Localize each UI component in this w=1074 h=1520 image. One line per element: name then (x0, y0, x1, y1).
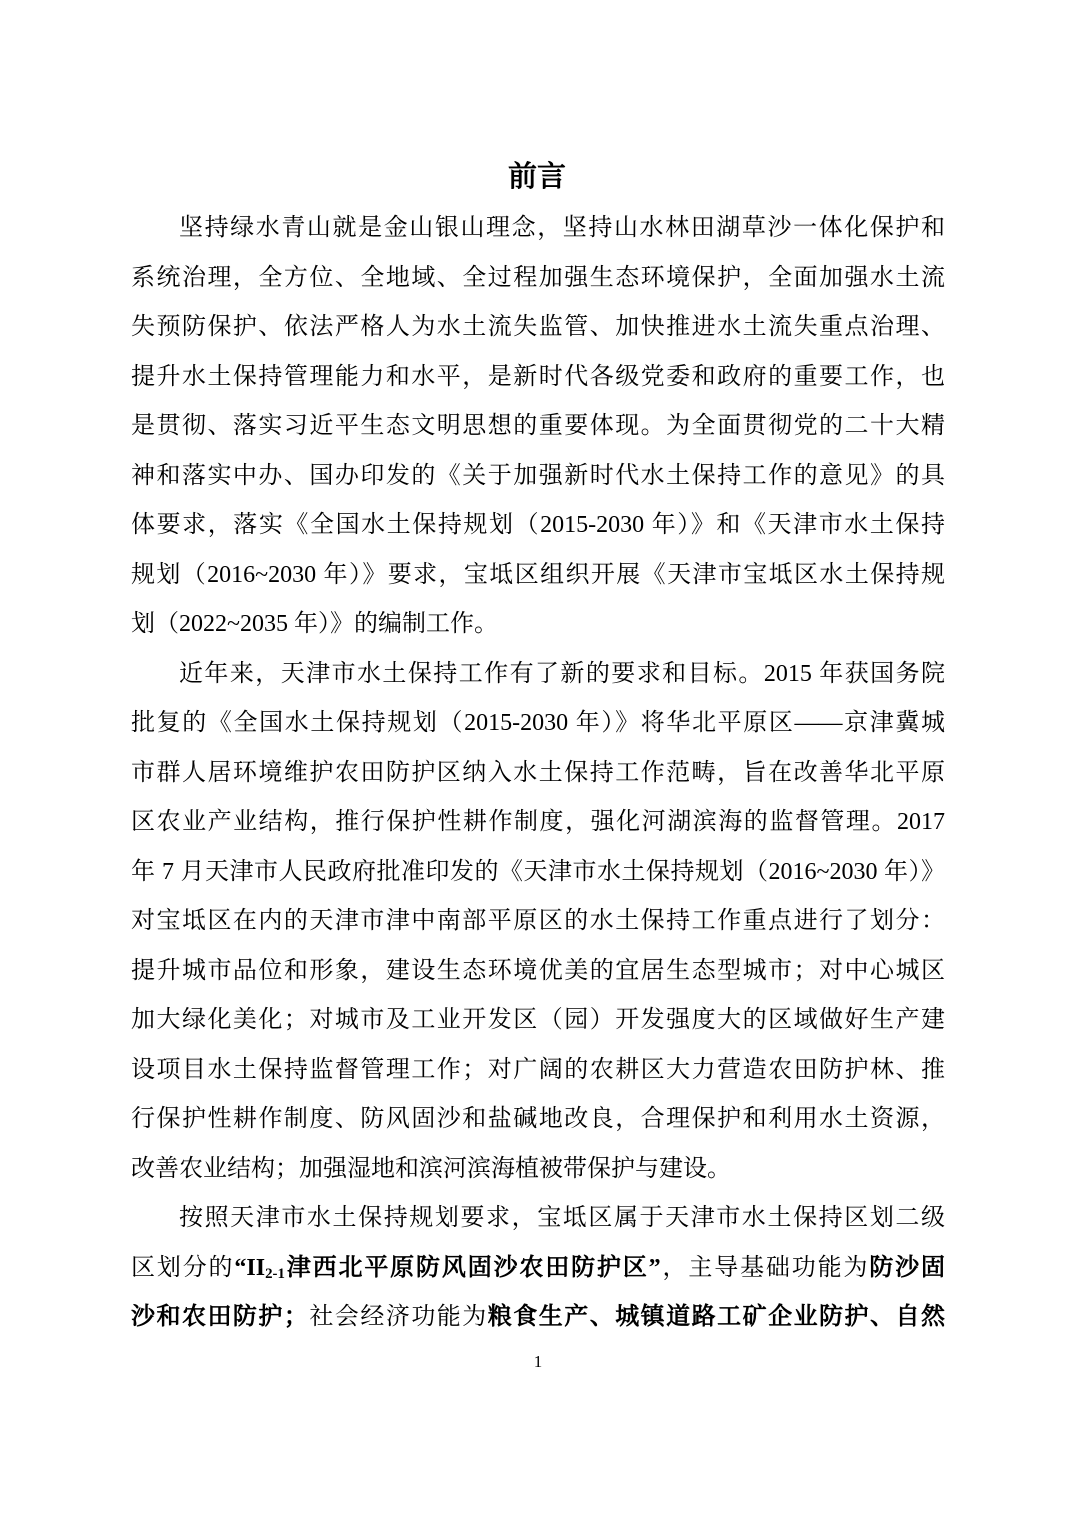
text-line: 按照天津市水土保持规划要求，宝坻区属于天津市水土保持区划二级 (131, 1194, 945, 1244)
text-line: 改善农业结构；加强湿地和滨河滨海植被带保护与建设。 (131, 1145, 945, 1195)
page-number: 1 (131, 1352, 945, 1372)
text-line: 失预防保护、依法严格人为水土流失监管、加快推进水土流失重点治理、 (131, 303, 945, 353)
text-run: 坚持绿水青山就是金山银山理念，坚持山水林田湖草沙一体化保护和 (179, 215, 945, 241)
text-line: 市群人居环境维护农田防护区纳入水土保持工作范畴，旨在改善华北平原 (131, 749, 945, 799)
document-page: 前言 坚持绿水青山就是金山银山理念，坚持山水林田湖草沙一体化保护和系统治理，全方… (0, 0, 1074, 1520)
text-line: 沙和农田防护；社会经济功能为粮食生产、城镇道路工矿企业防护、自然 (131, 1293, 945, 1343)
text-run: 近年来，天津市水土保持工作有了新的要求和目标。2015 年获国务院 (179, 661, 945, 687)
text-line: 系统治理，全方位、全地域、全过程加强生态环境保护，全面加强水土流 (131, 254, 945, 304)
text-line: 坚持绿水青山就是金山银山理念，坚持山水林田湖草沙一体化保护和 (131, 204, 945, 254)
text-line: 划（2022~2035 年）》的编制工作。 (131, 600, 945, 650)
text-run: 对宝坻区在内的天津市津中南部平原区的水土保持工作重点进行了划分： (131, 908, 945, 934)
text-run: 区农业产业结构，推行保护性耕作制度，强化河湖滨海的监督管理。2017 (131, 809, 945, 835)
text-line: 近年来，天津市水土保持工作有了新的要求和目标。2015 年获国务院 (131, 650, 945, 700)
text-line: 行保护性耕作制度、防风固沙和盐碱地改良，合理保护和利用水土资源， (131, 1095, 945, 1145)
text-run: 设项目水土保持监督管理工作；对广阔的农耕区大力营造农田防护林、推 (131, 1057, 945, 1083)
text-run: 批复的《全国水土保持规划（2015-2030 年）》将华北平原区——京津冀城 (131, 710, 945, 736)
text-run: 社会经济功能为 (308, 1304, 488, 1330)
text-run: 加大绿化美化；对城市及工业开发区（园）开发强度大的区域做好生产建 (131, 1007, 945, 1033)
text-run: 市群人居环境维护农田防护区纳入水土保持工作范畴，旨在改善华北平原 (131, 760, 945, 786)
text-line: 批复的《全国水土保持规划（2015-2030 年）》将华北平原区——京津冀城 (131, 699, 945, 749)
text-run: 提升水土保持管理能力和水平，是新时代各级党委和政府的重要工作，也 (131, 364, 945, 390)
bold-text-run: 沙和农田防护； (131, 1304, 308, 1330)
paragraph: 坚持绿水青山就是金山银山理念，坚持山水林田湖草沙一体化保护和系统治理，全方位、全… (131, 204, 945, 650)
text-line: 区划分的“II2-1津西北平原防风固沙农田防护区”，主导基础功能为防沙固 (131, 1244, 945, 1294)
text-run: 规划（2016~2030 年）》要求，宝坻区组织开展《天津市宝坻区水土保持规 (131, 562, 945, 588)
text-run: 划（2022~2035 年）》的编制工作。 (131, 611, 498, 637)
bold-text-run: 粮食生产、城镇道路工矿企业防护、自然 (488, 1304, 945, 1330)
document-title: 前言 (0, 0, 1074, 197)
text-run: 行保护性耕作制度、防风固沙和盐碱地改良，合理保护和利用水土资源， (131, 1106, 945, 1132)
text-line: 提升城市品位和形象，建设生态环境优美的宜居生态型城市；对中心城区 (131, 947, 945, 997)
text-run: 是贯彻、落实习近平生态文明思想的重要体现。为全面贯彻党的二十大精 (131, 413, 945, 439)
bold-text-run: “II (234, 1255, 265, 1281)
text-line: 神和落实中办、国办印发的《关于加强新时代水土保持工作的意见》的具 (131, 452, 945, 502)
text-line: 是贯彻、落实习近平生态文明思想的重要体现。为全面贯彻党的二十大精 (131, 402, 945, 452)
bold-text-run: 津西北平原防风固沙农田防护区” (285, 1255, 661, 1281)
text-run: 区划分的 (131, 1255, 234, 1281)
paragraph: 近年来，天津市水土保持工作有了新的要求和目标。2015 年获国务院批复的《全国水… (131, 650, 945, 1195)
text-run: 按照天津市水土保持规划要求，宝坻区属于天津市水土保持区划二级 (179, 1205, 945, 1231)
text-run: ，主导基础功能为 (661, 1255, 870, 1281)
text-run: 失预防保护、依法严格人为水土流失监管、加快推进水土流失重点治理、 (131, 314, 945, 340)
text-line: 提升水土保持管理能力和水平，是新时代各级党委和政府的重要工作，也 (131, 353, 945, 403)
paragraph: 按照天津市水土保持规划要求，宝坻区属于天津市水土保持区划二级区划分的“II2-1… (131, 1194, 945, 1343)
text-run: 系统治理，全方位、全地域、全过程加强生态环境保护，全面加强水土流 (131, 265, 945, 291)
text-line: 体要求，落实《全国水土保持规划（2015-2030 年）》和《天津市水土保持 (131, 501, 945, 551)
subscript-text: 2-1 (265, 1265, 285, 1281)
text-line: 区农业产业结构，推行保护性耕作制度，强化河湖滨海的监督管理。2017 (131, 798, 945, 848)
text-run: 提升城市品位和形象，建设生态环境优美的宜居生态型城市；对中心城区 (131, 958, 945, 984)
text-line: 设项目水土保持监督管理工作；对广阔的农耕区大力营造农田防护林、推 (131, 1046, 945, 1096)
text-line: 加大绿化美化；对城市及工业开发区（园）开发强度大的区域做好生产建 (131, 996, 945, 1046)
text-line: 规划（2016~2030 年）》要求，宝坻区组织开展《天津市宝坻区水土保持规 (131, 551, 945, 601)
text-line: 对宝坻区在内的天津市津中南部平原区的水土保持工作重点进行了划分： (131, 897, 945, 947)
text-run: 神和落实中办、国办印发的《关于加强新时代水土保持工作的意见》的具 (131, 463, 945, 489)
text-run: 体要求，落实《全国水土保持规划（2015-2030 年）》和《天津市水土保持 (131, 512, 945, 538)
text-line: 年 7 月天津市人民政府批准印发的《天津市水土保持规划（2016~2030 年）… (131, 848, 945, 898)
document-body: 坚持绿水青山就是金山银山理念，坚持山水林田湖草沙一体化保护和系统治理，全方位、全… (131, 204, 945, 1343)
text-run: 改善农业结构；加强湿地和滨河滨海植被带保护与建设。 (131, 1156, 731, 1182)
bold-text-run: 2-1 (265, 1255, 285, 1281)
text-run: 年 7 月天津市人民政府批准印发的《天津市水土保持规划（2016~2030 年）… (131, 859, 945, 885)
bold-text-run: 防沙固 (869, 1255, 945, 1281)
